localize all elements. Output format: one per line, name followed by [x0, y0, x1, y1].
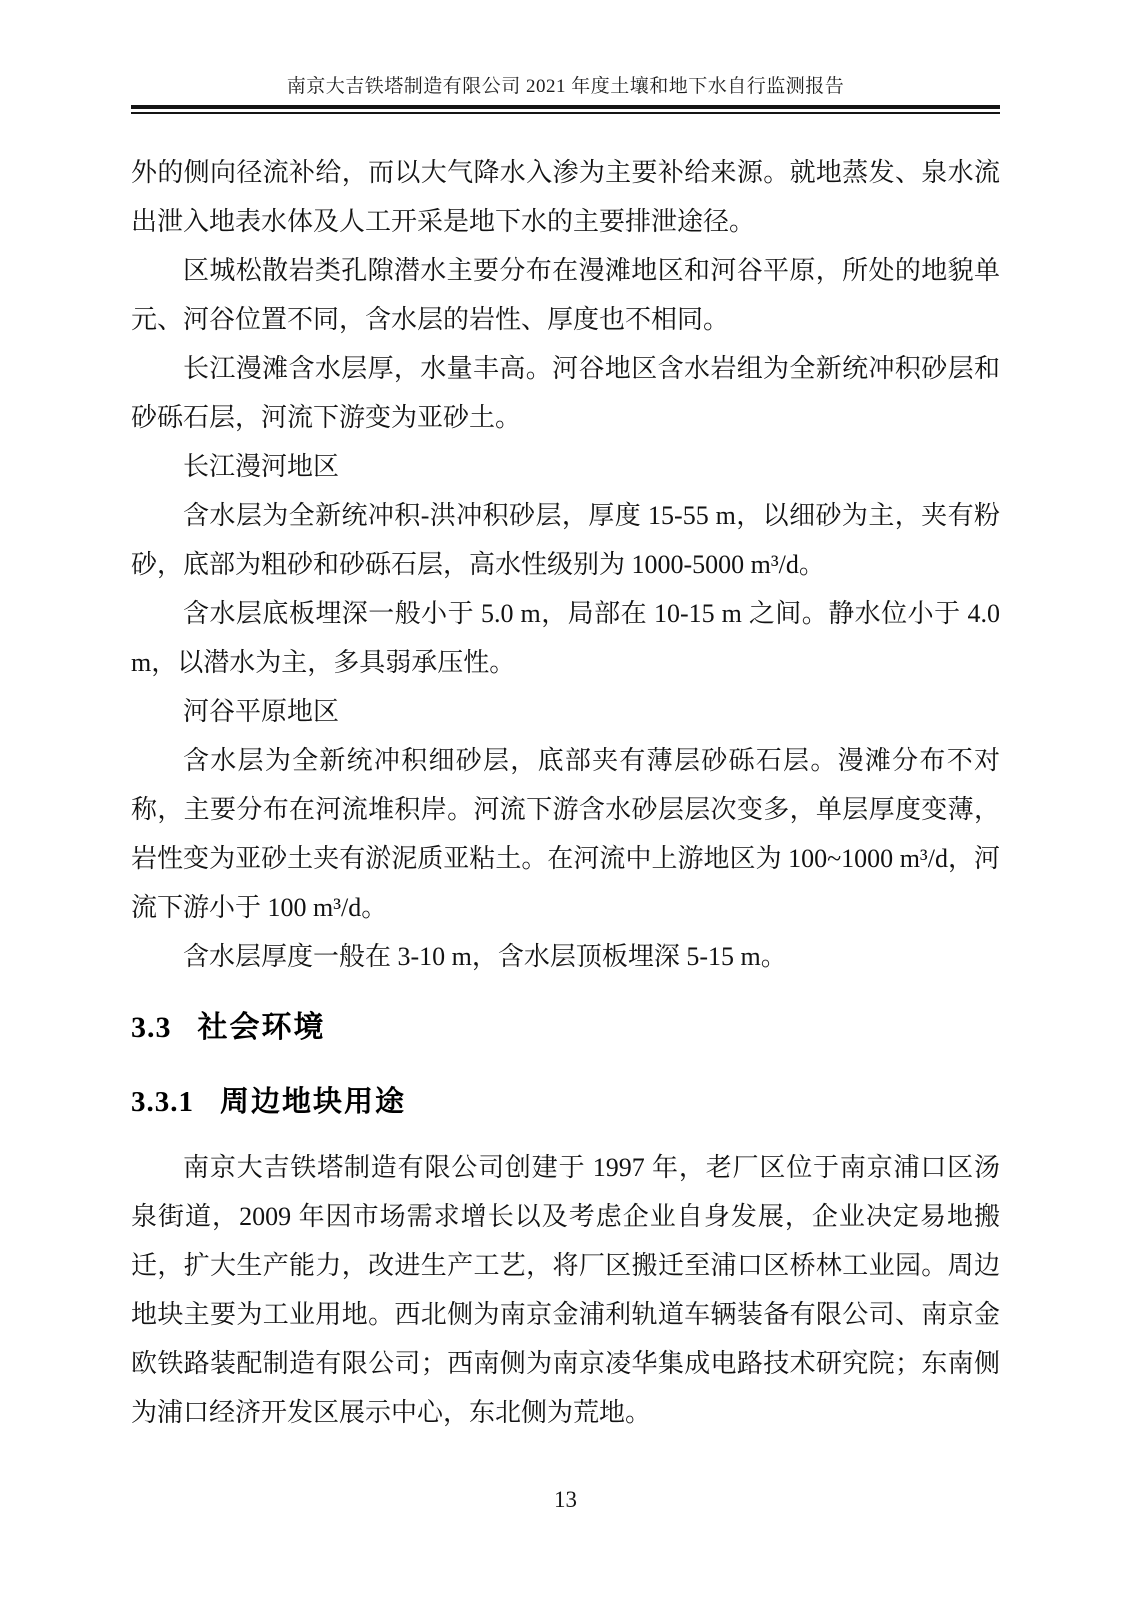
page-number: 13: [554, 1487, 577, 1512]
body-paragraph-floodplain-aquifer: 长江漫滩含水层厚，水量丰高。河谷地区含水岩组为全新统冲积砂层和砂砾石层，河流下游…: [131, 344, 1000, 442]
body-paragraph-valley-plain-aquifer: 含水层为全新统冲积细砂层，底部夹有薄层砂砾石层。漫滩分布不对称，主要分布在河流堆…: [131, 736, 1000, 932]
social-environment-body: 南京大吉铁塔制造有限公司创建于 1997 年，老厂区位于南京浦口区汤泉街道，20…: [131, 1143, 1000, 1437]
page-header: 南京大吉铁塔制造有限公司 2021 年度土壤和地下水自行监测报告: [131, 0, 1000, 114]
page-footer: 13: [0, 1487, 1131, 1513]
header-double-rule: [131, 105, 1000, 114]
document-page: 南京大吉铁塔制造有限公司 2021 年度土壤和地下水自行监测报告 外的侧向径流补…: [0, 0, 1131, 1600]
running-header-title: 南京大吉铁塔制造有限公司 2021 年度土壤和地下水自行监测报告: [131, 76, 1000, 98]
body-paragraph-pore-water-distribution: 区城松散岩类孔隙潜水主要分布在漫滩地区和河谷平原，所处的地貌单元、河谷位置不同，…: [131, 246, 1000, 344]
body-paragraph-groundwater-recharge: 外的侧向径流补给，而以大气降水入渗为主要补给来源。就地蒸发、泉水流出泄入地表水体…: [131, 148, 1000, 246]
document-body: 外的侧向径流补给，而以大气降水入渗为主要补给来源。就地蒸发、泉水流出泄入地表水体…: [131, 148, 1000, 981]
subsection-title: 周边地块用途: [220, 1086, 406, 1118]
section-title: 社会环境: [198, 1011, 326, 1044]
body-paragraph-surrounding-land-use: 南京大吉铁塔制造有限公司创建于 1997 年，老厂区位于南京浦口区汤泉街道，20…: [131, 1143, 1000, 1437]
section-heading-3-3: 3.3社会环境: [131, 1007, 1000, 1049]
subsection-number: 3.3.1: [131, 1086, 194, 1118]
body-paragraph-aquifer-roof-depth: 含水层厚度一般在 3-10 m，含水层顶板埋深 5-15 m。: [131, 932, 1000, 981]
body-paragraph-yangtze-area-label: 长江漫河地区: [131, 442, 1000, 491]
section-heading-3-3-1: 3.3.1周边地块用途: [131, 1082, 1000, 1122]
body-paragraph-aquifer-depth: 含水层底板埋深一般小于 5.0 m，局部在 10-15 m 之间。静水位小于 4…: [131, 589, 1000, 687]
body-paragraph-aquifer-thickness: 含水层为全新统冲积-洪冲积砂层，厚度 15-55 m，以细砂为主，夹有粉砂，底部…: [131, 491, 1000, 589]
body-paragraph-valley-plain-label: 河谷平原地区: [131, 687, 1000, 736]
section-number: 3.3: [131, 1011, 172, 1044]
